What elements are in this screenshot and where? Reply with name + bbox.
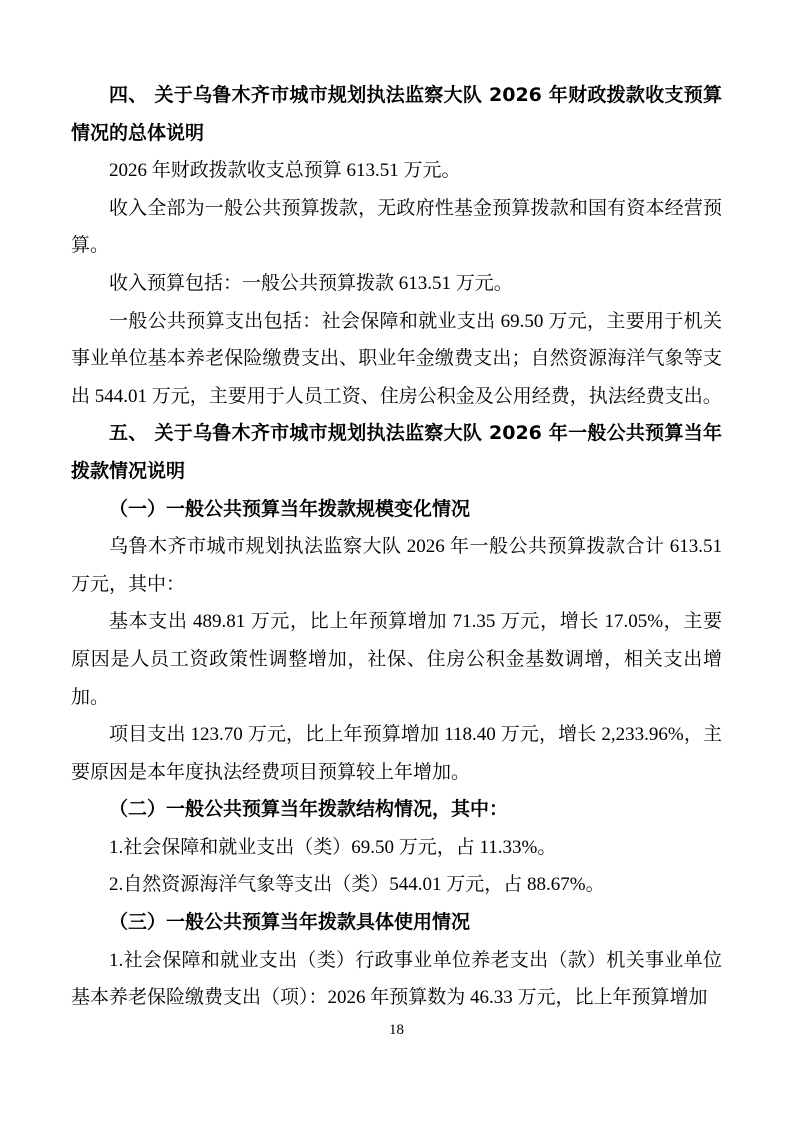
para-basic-expenditure: 基本支出 489.81 万元，比上年预算增加 71.35 万元，增长 17.05… xyxy=(71,603,722,716)
subsection-2-heading: （二）一般公共预算当年拨款结构情况，其中： xyxy=(71,791,722,829)
section-5-heading: 五、 关于乌鲁木齐市城市规划执法监察大队 2026 年一般公共预算当年拨款情况说… xyxy=(71,415,722,490)
list-item-social-security: 1.社会保障和就业支出（类）69.50 万元，占 11.33%。 xyxy=(71,829,722,867)
document-body: 四、 关于乌鲁木齐市城市规划执法监察大队 2026 年财政拨款收支预算情况的总体… xyxy=(71,77,722,1017)
list-item-natural-resources: 2.自然资源海洋气象等支出（类）544.01 万元，占 88.67%。 xyxy=(71,866,722,904)
para-project-expenditure: 项目支出 123.70 万元，比上年预算增加 118.40 万元，增长 2,23… xyxy=(71,716,722,791)
para-income-source: 收入全部为一般公共预算拨款，无政府性基金预算拨款和国有资本经营预算。 xyxy=(71,190,722,265)
subsection-3-heading: （三）一般公共预算当年拨款具体使用情况 xyxy=(71,904,722,942)
para-total-budget: 2026 年财政拨款收支总预算 613.51 万元。 xyxy=(71,152,722,190)
para-allocation-total: 乌鲁木齐市城市规划执法监察大队 2026 年一般公共预算拨款合计 613.51 … xyxy=(71,528,722,603)
page-number: 18 xyxy=(0,1020,793,1040)
para-pension-detail: 1.社会保障和就业支出（类）行政事业单位养老支出（款）机关事业单位基本养老保险缴… xyxy=(71,942,722,1017)
document-page: 四、 关于乌鲁木齐市城市规划执法监察大队 2026 年财政拨款收支预算情况的总体… xyxy=(0,0,793,1122)
para-expenditure-breakdown: 一般公共预算支出包括：社会保障和就业支出 69.50 万元，主要用于机关事业单位… xyxy=(71,303,722,416)
section-4-heading: 四、 关于乌鲁木齐市城市规划执法监察大队 2026 年财政拨款收支预算情况的总体… xyxy=(71,77,722,152)
subsection-1-heading: （一）一般公共预算当年拨款规模变化情况 xyxy=(71,491,722,529)
para-income-budget: 收入预算包括：一般公共预算拨款 613.51 万元。 xyxy=(71,265,722,303)
